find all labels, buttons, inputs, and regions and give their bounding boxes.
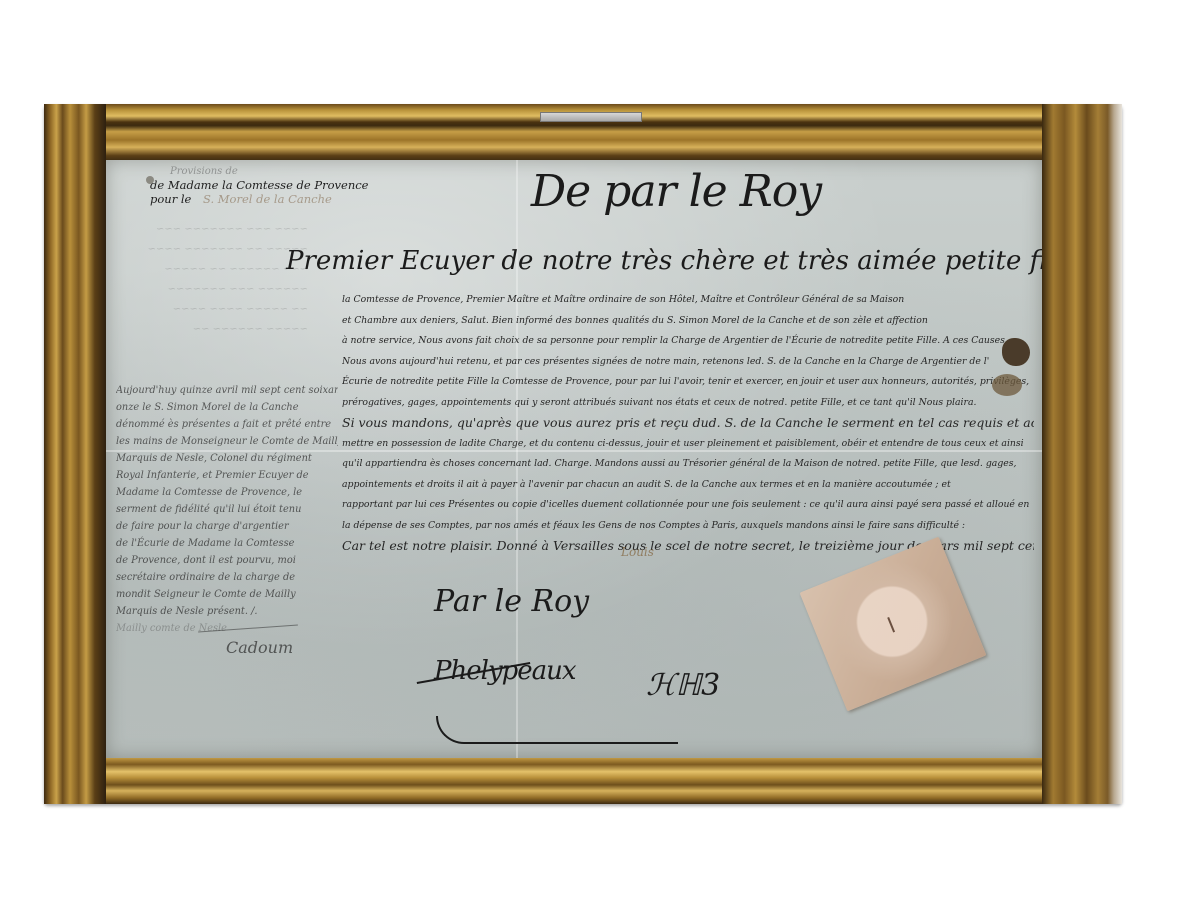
parchment-stain xyxy=(992,374,1022,396)
seal-slit xyxy=(887,617,895,633)
body-line: la dépense de ses Comptes, par nos amés … xyxy=(342,516,1034,537)
margin-line: mondit Seigneur le Comte de Mailly xyxy=(116,586,338,603)
parchment-damage-hole xyxy=(1002,338,1030,366)
margin-line: de faire pour la charge d'argentier xyxy=(116,518,338,535)
body-line: à notre service, Nous avons fait choix d… xyxy=(342,331,1034,352)
body-line: Écurie de notredite petite Fille la Comt… xyxy=(342,372,1034,393)
countersign-heading: Par le Roy xyxy=(434,584,589,619)
margin-line: Aujourd'huy quinze avril mil sept cent s… xyxy=(116,382,338,399)
body-line: mettre en possession de ladite Charge, e… xyxy=(342,434,1034,455)
body-line: Nous avons aujourd'hui retenu, et par ce… xyxy=(342,352,1034,373)
parchment-document: ~~~~ ~~~ ~~~~~~~ ~~~~~~~~ ~~ ~~~~~~~ ~~~… xyxy=(106,160,1042,758)
margin-line: Madame la Comtesse de Provence, le xyxy=(116,484,338,501)
margin-line: serment de fidélité qu'il lui étoit tenu xyxy=(116,501,338,518)
minister-signature: Phelypeaux xyxy=(434,656,576,686)
margin-line: Marquis de Nesle, Colonel du régiment xyxy=(116,450,338,467)
header-line-1: de Madame la Comtesse de Provence xyxy=(150,178,450,192)
signature-flourish xyxy=(436,716,678,744)
body-line: et Chambre aux deniers, Salut. Bien info… xyxy=(342,311,1034,332)
margin-line: de Provence, dont il est pourvu, moi xyxy=(116,552,338,569)
body-line: la Comtesse de Provence, Premier Maître … xyxy=(342,290,1034,311)
margin-line: dénommé ès présentes a fait et prêté ent… xyxy=(116,416,338,433)
bleed-through-text: ~~~~ ~~~ ~~~~~~~ ~~~~~~~~ ~~ ~~~~~~~ ~~~… xyxy=(118,220,308,370)
document-heading: Premier Ecuyer de notre très chère et tr… xyxy=(286,246,1042,276)
header-line-2-name: S. Morel de la Canche xyxy=(203,192,332,206)
margin-line: Royal Infanterie, et Premier Ecuyer de xyxy=(116,467,338,484)
header-faded-line: Provisions de xyxy=(170,166,450,178)
frame-top-rail xyxy=(44,104,1122,164)
header-line-2: pour le S. Morel de la Canche xyxy=(150,192,450,206)
frame-hanging-plate xyxy=(540,112,642,122)
margin-oath-note: Aujourd'huy quinze avril mil sept cent s… xyxy=(116,382,338,637)
body-line: appointements et droits il ait à payer à… xyxy=(342,475,1034,496)
header-line-2-prefix: pour le xyxy=(150,192,191,206)
paraph-mark: ℋℍ3 xyxy=(646,668,720,703)
margin-line: onze le S. Simon Morel de la Canche xyxy=(116,399,338,416)
margin-signature: Cadoum xyxy=(226,638,293,657)
margin-line: les mains de Monseigneur le Comte de Mai… xyxy=(116,433,338,450)
body-line: Si vous mandons, qu'après que vous aurez… xyxy=(342,413,1034,434)
body-line: qu'il appartiendra ès choses concernant … xyxy=(342,454,1034,475)
margin-line: Marquis de Nesle présent. /. xyxy=(116,603,338,620)
frame-left-rail xyxy=(44,104,106,804)
body-line: rapportant par lui ces Présentes ou copi… xyxy=(342,495,1034,516)
body-line: prérogatives, gages, appointements qui y… xyxy=(342,393,1034,414)
document-header-note: Provisions de de Madame la Comtesse de P… xyxy=(150,166,450,206)
paper-wax-seal xyxy=(799,537,986,712)
margin-line: secrétaire ordinaire de la charge de xyxy=(116,569,338,586)
frame-right-rail xyxy=(1042,104,1122,804)
margin-line: de l'Écurie de Madame la Comtesse xyxy=(116,535,338,552)
king-signature: Louis xyxy=(621,545,654,559)
document-title: De par le Roy xyxy=(516,166,836,217)
document-body: la Comtesse de Provence, Premier Maître … xyxy=(342,290,1034,557)
